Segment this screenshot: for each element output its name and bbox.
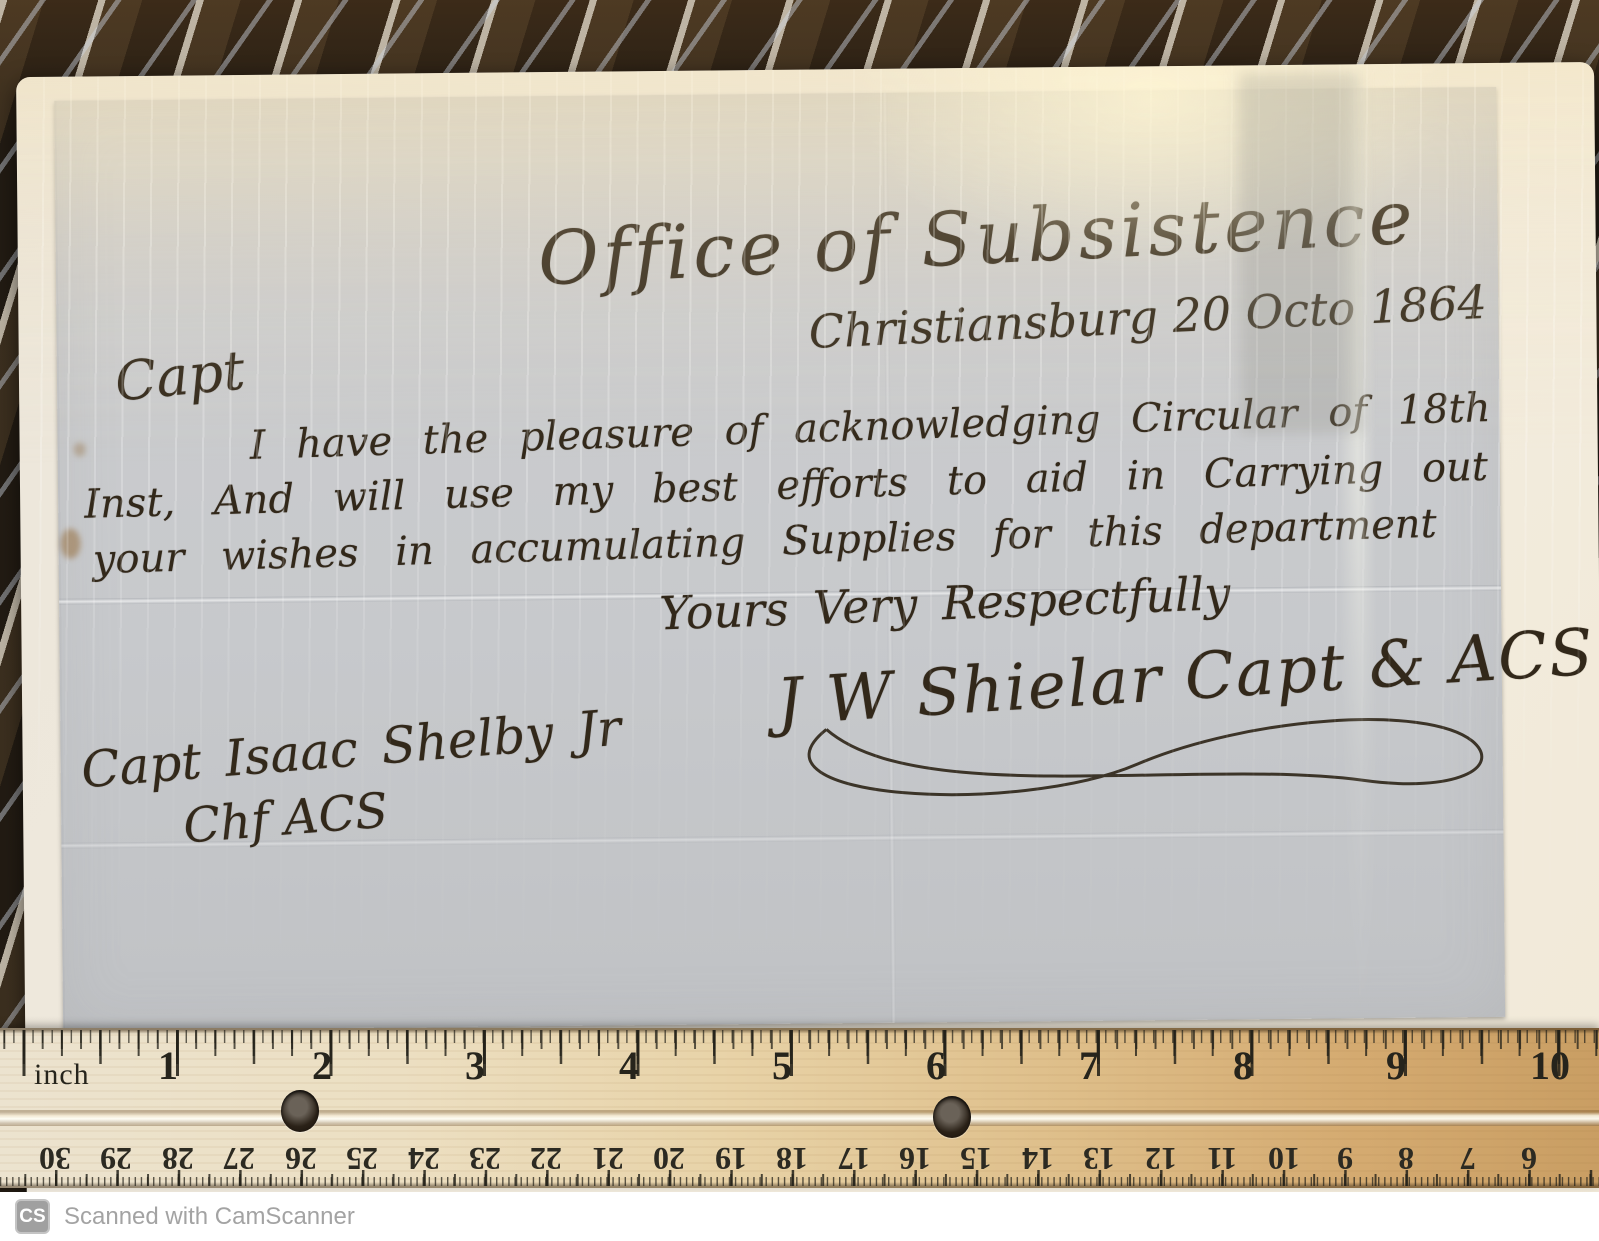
letter-closing: Yours Very Respectfully (659, 570, 1231, 636)
cm-number: 29 (100, 1140, 132, 1177)
cm-number: 18 (776, 1140, 808, 1177)
cm-number: 12 (1145, 1140, 1177, 1177)
cm-number: 22 (530, 1140, 562, 1177)
camscanner-logo: CS (15, 1199, 50, 1234)
cm-number: 17 (838, 1140, 870, 1177)
photo-of-document: { "letter": { "heading_line1": "Office o… (0, 0, 1599, 1241)
signature-flourish (766, 693, 1507, 830)
plastic-wrap-shadow (1238, 72, 1363, 433)
ruler-unit-label: inch (34, 1058, 90, 1092)
addressee-name: Capt Isaac Shelby Jr (79, 703, 622, 796)
inch-number: 10 (1530, 1042, 1570, 1089)
inch-number: 8 (1233, 1042, 1253, 1089)
cm-number: 15 (960, 1140, 992, 1177)
cm-number: 10 (1268, 1140, 1300, 1177)
letter-dateline: Christiansburg 20 Octo 1864 (808, 280, 1469, 355)
ruler-groove (0, 1110, 1599, 1126)
inch-number: 6 (926, 1042, 946, 1089)
inch-number: 5 (772, 1042, 792, 1089)
cm-number: 16 (899, 1140, 931, 1177)
ruler-inch-ticks (0, 1030, 1599, 1078)
cm-number: 26 (285, 1140, 317, 1177)
inch-number: 9 (1386, 1042, 1406, 1089)
cm-number: 9 (1337, 1140, 1353, 1177)
cm-number: 6 (1521, 1140, 1537, 1177)
inch-number: 1 (158, 1042, 178, 1089)
cm-number: 13 (1083, 1140, 1115, 1177)
camscanner-bar: CS Scanned with CamScanner (0, 1192, 1599, 1241)
cm-number: 19 (715, 1140, 747, 1177)
cm-number: 24 (408, 1140, 440, 1177)
cm-number: 23 (469, 1140, 501, 1177)
ink-stain (60, 529, 80, 559)
inch-number: 4 (619, 1042, 639, 1089)
cm-number: 14 (1022, 1140, 1054, 1177)
cm-number: 20 (653, 1140, 685, 1177)
ruler-hole (933, 1096, 971, 1138)
inch-number: 7 (1079, 1042, 1099, 1089)
cm-number: 30 (39, 1140, 71, 1177)
letter-salutation: Capt (113, 343, 247, 409)
cm-number: 21 (592, 1140, 624, 1177)
cm-number: 27 (223, 1140, 255, 1177)
cm-number: 7 (1460, 1140, 1476, 1177)
ink-stain (74, 442, 86, 456)
ruler-hole (281, 1090, 319, 1132)
cm-number: 28 (162, 1140, 194, 1177)
cm-number: 8 (1398, 1140, 1414, 1177)
cm-number: 25 (346, 1140, 378, 1177)
inch-number: 2 (312, 1042, 332, 1089)
inch-number: 3 (465, 1042, 485, 1089)
ruler: inch 1 2 3 4 5 6 7 8 9 10 30 29 28 27 26… (0, 1028, 1599, 1188)
cm-number: 11 (1207, 1140, 1237, 1177)
camscanner-text: Scanned with CamScanner (64, 1203, 355, 1231)
